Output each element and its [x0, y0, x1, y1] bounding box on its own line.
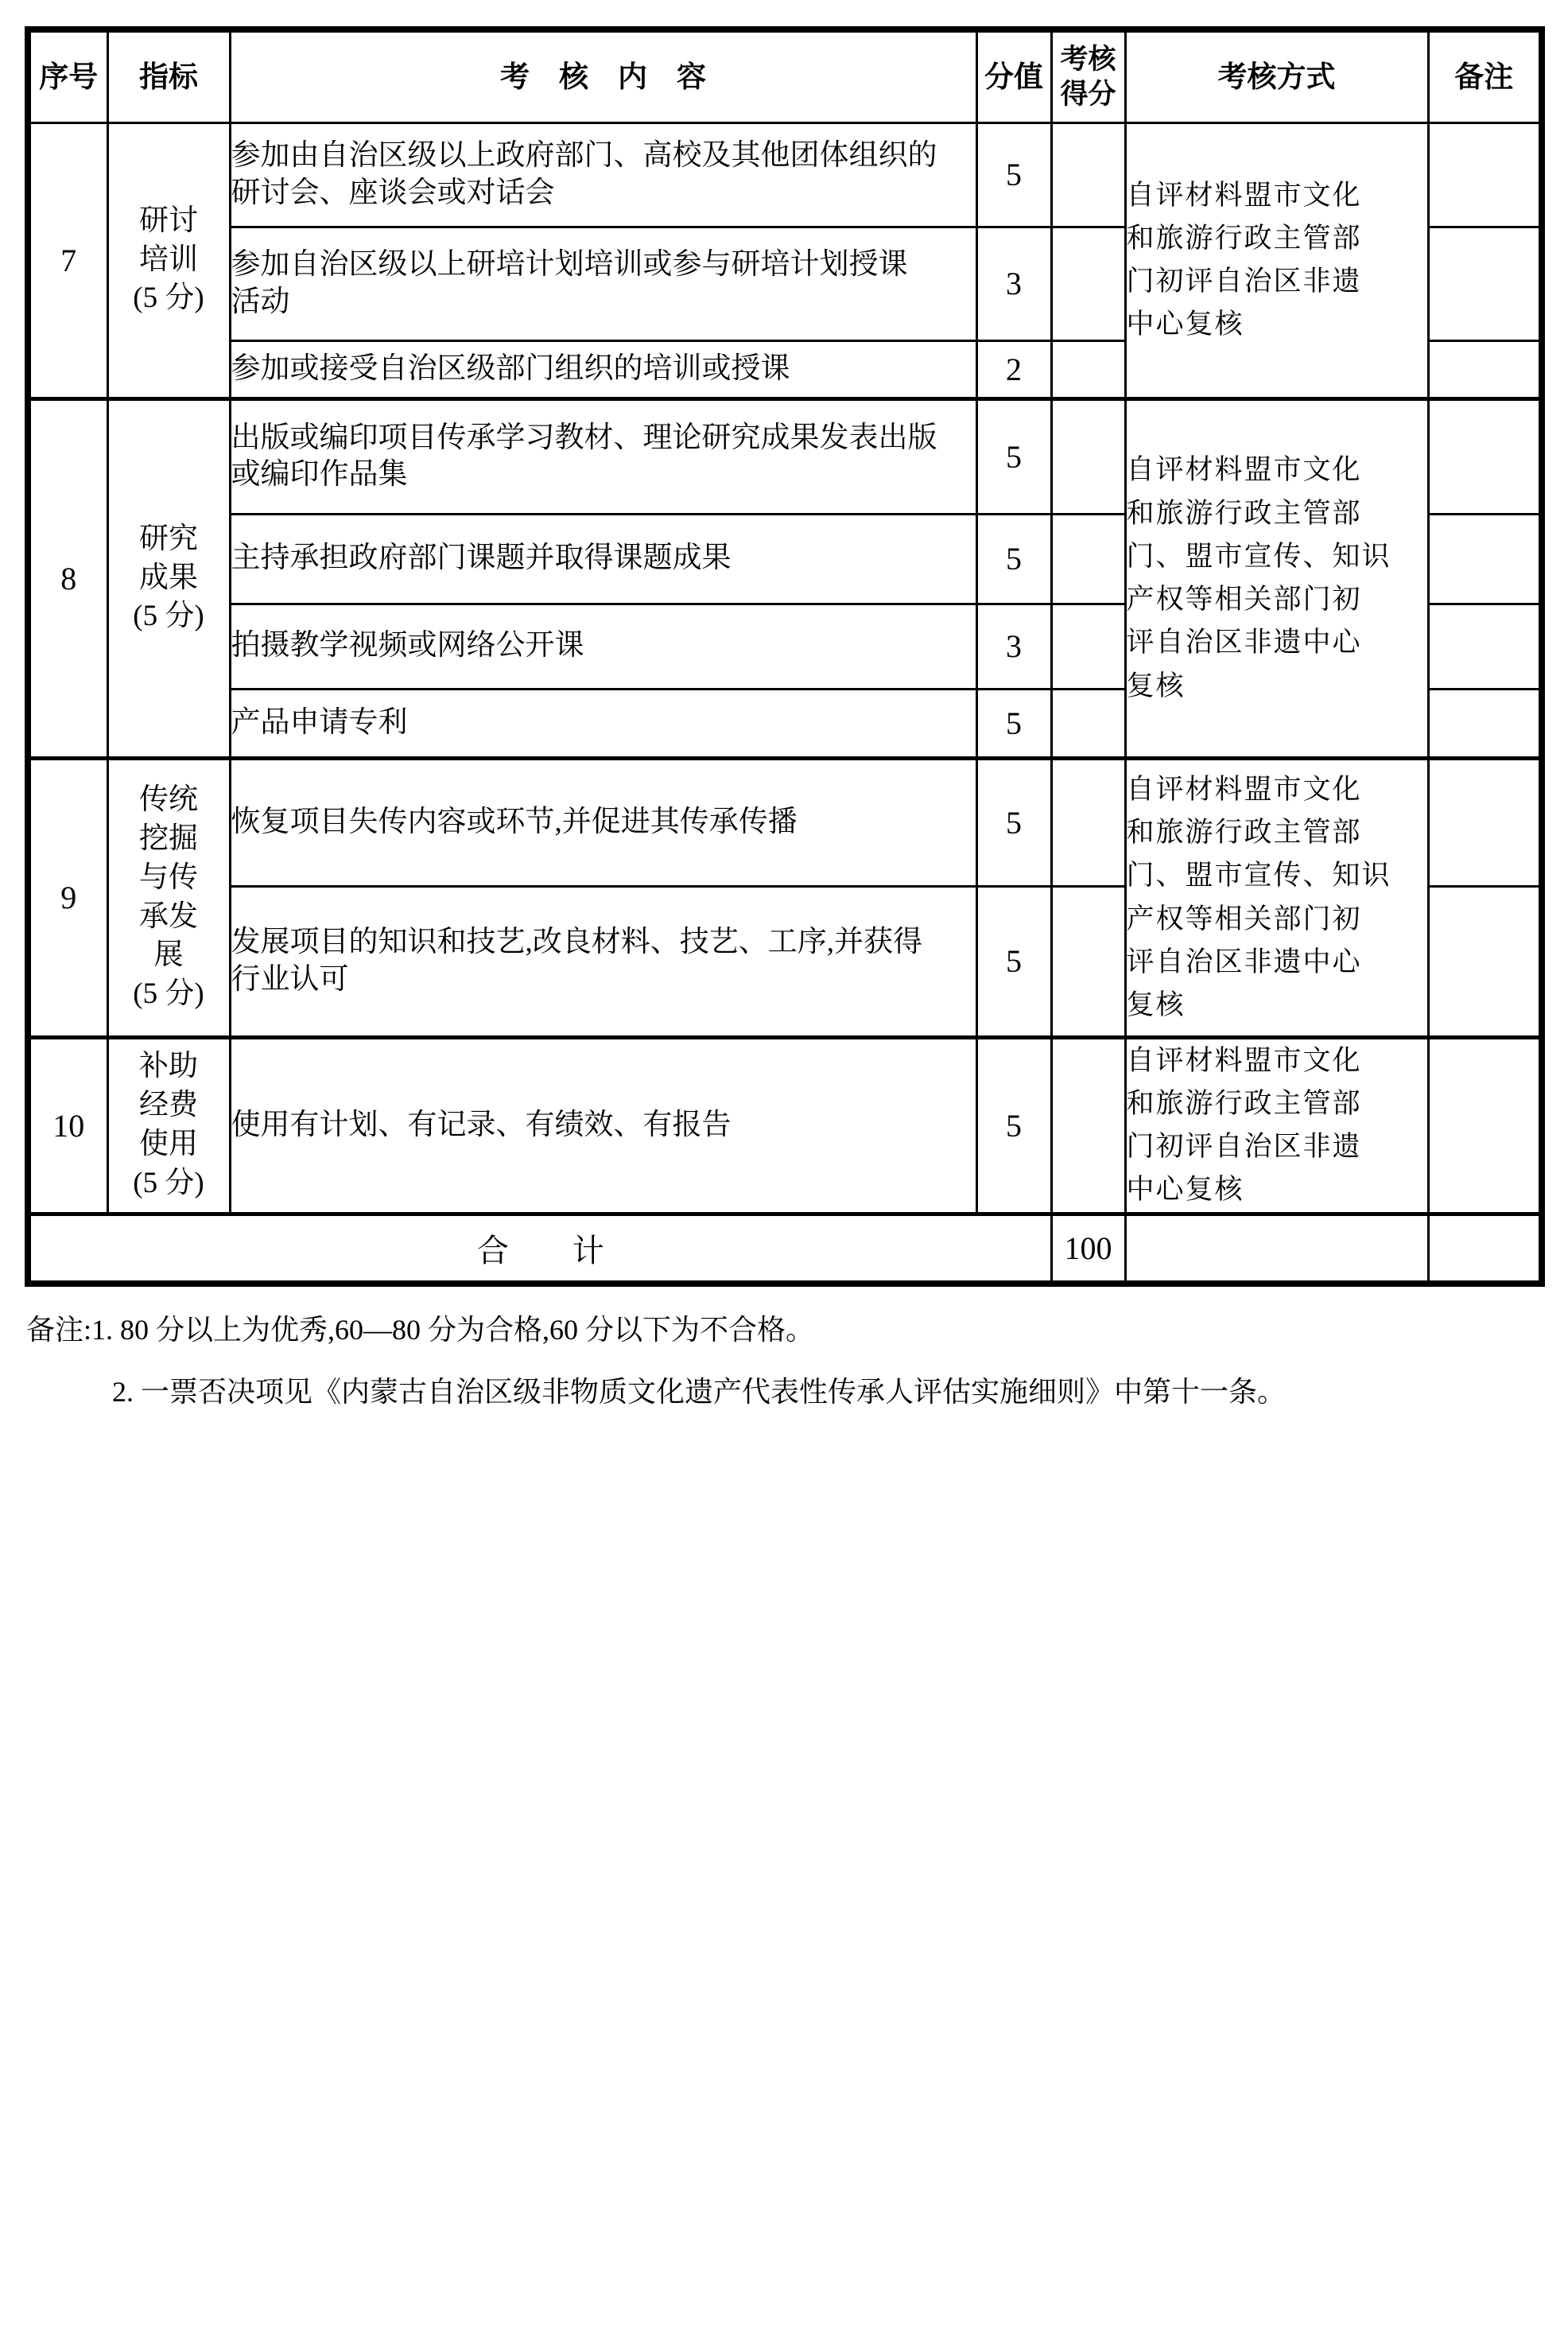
col-header-remark: 备注 — [1428, 29, 1542, 122]
group-no-9: 9 — [28, 758, 107, 1037]
earned-cell — [1051, 227, 1125, 340]
header-row: 序号 指标 考 核 内 容 分值 考核 得分 考核方式 备注 — [28, 29, 1542, 122]
table-row: 7 研讨 培训 (5 分) 参加由自治区级以上政府部门、高校及其他团体组织的 研… — [28, 122, 1542, 227]
indicator-label-9: 传统 挖掘 与传 承发 展 (5 分) — [107, 758, 230, 1037]
content-cell: 发展项目的知识和技艺,改良材料、技艺、工序,并获得 行业认可 — [230, 886, 976, 1037]
remark-cell — [1428, 227, 1542, 340]
footnote-2: 2. 一票否决项见《内蒙古自治区级非物质文化遗产代表性传承人评估实施细则》中第十… — [112, 1370, 1537, 1415]
total-remark-cell — [1428, 1214, 1542, 1284]
earned-cell — [1051, 398, 1125, 514]
earned-cell — [1051, 122, 1125, 227]
earned-cell — [1051, 340, 1125, 398]
method-cell-9: 自评材料盟市文化 和旅游行政主管部 门、盟市宣传、知识 产权等相关部门初 评自治… — [1125, 758, 1428, 1037]
earned-cell — [1051, 886, 1125, 1037]
earned-cell — [1051, 604, 1125, 689]
col-header-earned: 考核 得分 — [1051, 29, 1125, 122]
content-cell: 参加自治区级以上研培计划培训或参与研培计划授课 活动 — [230, 227, 976, 340]
method-cell-10: 自评材料盟市文化 和旅游行政主管部 门初评自治区非遗 中心复核 — [1125, 1037, 1428, 1214]
method-cell-8: 自评材料盟市文化 和旅游行政主管部 门、盟市宣传、知识 产权等相关部门初 评自治… — [1125, 398, 1428, 758]
total-row: 合 计 100 — [28, 1214, 1542, 1284]
col-header-method: 考核方式 — [1125, 29, 1428, 122]
earned-cell — [1051, 689, 1125, 758]
col-header-indicator: 指标 — [107, 29, 230, 122]
total-score: 100 — [1051, 1214, 1125, 1284]
content-cell: 使用有计划、有记录、有绩效、有报告 — [230, 1037, 976, 1214]
content-cell: 出版或编印项目传承学习教材、理论研究成果发表出版 或编印作品集 — [230, 398, 976, 514]
remark-cell — [1428, 689, 1542, 758]
remark-cell — [1428, 758, 1542, 886]
table-row: 9 传统 挖掘 与传 承发 展 (5 分) 恢复项目失传内容或环节,并促进其传承… — [28, 758, 1542, 886]
indicator-label-8: 研究 成果 (5 分) — [107, 398, 230, 758]
remark-cell — [1428, 1037, 1542, 1214]
footnote-1: 备注:1. 80 分以上为优秀,60—80 分为合格,60 分以下为不合格。 — [26, 1308, 1537, 1353]
score-cell: 5 — [976, 886, 1051, 1037]
total-label: 合 计 — [28, 1214, 1051, 1284]
content-cell: 主持承担政府部门课题并取得课题成果 — [230, 514, 976, 604]
remark-cell — [1428, 886, 1542, 1037]
assessment-table: 序号 指标 考 核 内 容 分值 考核 得分 考核方式 备注 7 研讨 培训 (… — [25, 26, 1545, 1287]
remark-cell — [1428, 514, 1542, 604]
indicator-label-7: 研讨 培训 (5 分) — [107, 122, 230, 398]
footnotes: 备注:1. 80 分以上为优秀,60—80 分为合格,60 分以下为不合格。 2… — [26, 1308, 1537, 1432]
earned-cell — [1051, 1037, 1125, 1214]
score-cell: 5 — [976, 398, 1051, 514]
score-cell: 5 — [976, 758, 1051, 886]
col-header-index: 序号 — [28, 29, 107, 122]
total-method-cell — [1125, 1214, 1428, 1284]
content-cell: 拍摄教学视频或网络公开课 — [230, 604, 976, 689]
score-cell: 5 — [976, 1037, 1051, 1214]
remark-cell — [1428, 340, 1542, 398]
col-header-content: 考 核 内 容 — [230, 29, 976, 122]
table-row: 8 研究 成果 (5 分) 出版或编印项目传承学习教材、理论研究成果发表出版 或… — [28, 398, 1542, 514]
content-cell: 参加或接受自治区级部门组织的培训或授课 — [230, 340, 976, 398]
score-cell: 5 — [976, 122, 1051, 227]
group-no-8: 8 — [28, 398, 107, 758]
col-header-score: 分值 — [976, 29, 1051, 122]
score-cell: 3 — [976, 227, 1051, 340]
score-cell: 5 — [976, 689, 1051, 758]
remark-cell — [1428, 122, 1542, 227]
remark-cell — [1428, 604, 1542, 689]
content-cell: 恢复项目失传内容或环节,并促进其传承传播 — [230, 758, 976, 886]
earned-cell — [1051, 758, 1125, 886]
table-row: 10 补助 经费 使用 (5 分) 使用有计划、有记录、有绩效、有报告 5 自评… — [28, 1037, 1542, 1214]
group-no-10: 10 — [28, 1037, 107, 1214]
score-cell: 5 — [976, 514, 1051, 604]
indicator-label-10: 补助 经费 使用 (5 分) — [107, 1037, 230, 1214]
remark-cell — [1428, 398, 1542, 514]
score-cell: 2 — [976, 340, 1051, 398]
score-cell: 3 — [976, 604, 1051, 689]
content-cell: 产品申请专利 — [230, 689, 976, 758]
earned-cell — [1051, 514, 1125, 604]
group-no-7: 7 — [28, 122, 107, 398]
content-cell: 参加由自治区级以上政府部门、高校及其他团体组织的 研讨会、座谈会或对话会 — [230, 122, 976, 227]
document-page: 序号 指标 考 核 内 容 分值 考核 得分 考核方式 备注 7 研讨 培训 (… — [0, 0, 1568, 2339]
method-cell-7: 自评材料盟市文化 和旅游行政主管部 门初评自治区非遗 中心复核 — [1125, 122, 1428, 398]
